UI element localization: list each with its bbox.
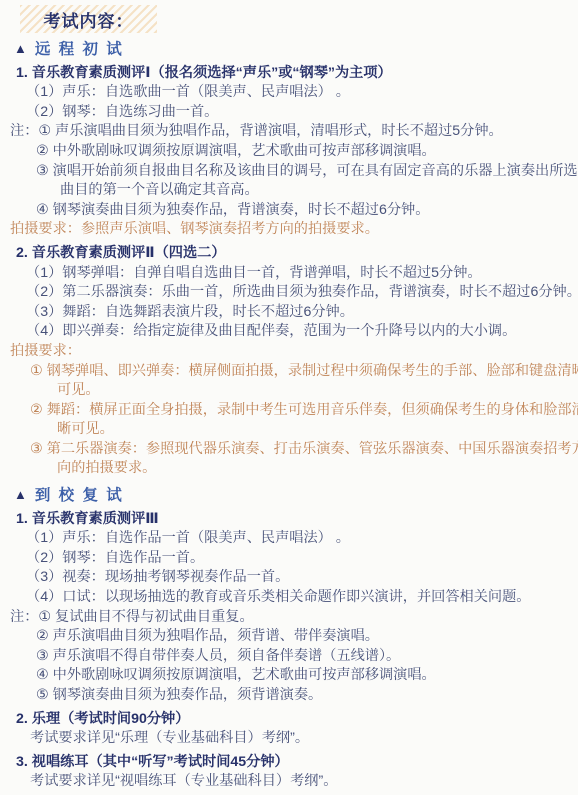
note-item: ② 声乐演唱曲目须为独唱作品，须背谱、带伴奏演唱。 [0,627,578,647]
shooting-requirement-wrap: 向的拍摄要求。 [0,459,578,479]
triangle-icon: ▲ [14,485,27,505]
exam-content-page: 考试内容： ▲远 程 初 试1. 音乐教育素质测评Ⅰ（报名须选择“声乐”或“钢琴… [0,0,578,795]
item-heading: 2. 乐理（考试时间90分钟） [0,710,578,730]
note-item: ③ 声乐演唱不得自带伴奏人员，须自备伴奏谱（五线谱）。 [0,647,578,667]
page-title: 考试内容： [44,7,134,32]
section-title: 到 校 复 试 [35,487,124,504]
item-heading: 1. 音乐教育素质测评Ⅲ [0,510,578,530]
shooting-requirement-label: 拍摄要求：参照声乐演唱、钢琴演奏招考方向的拍摄要求。 [0,220,578,240]
shooting-requirement-wrap: 可见。 [0,381,578,401]
sub-item: （1）声乐：自选作品一首（限美声、民声唱法） 。 [0,529,578,549]
note-wrap-line: 曲目的第一个音以确定其音高。 [0,181,578,201]
note-item: ③ 演唱开始前须自报曲目名称及该曲目的调号，可在具有固定音高的乐器上演奏出所选 [0,162,578,182]
item-heading: 1. 音乐教育素质测评Ⅰ（报名须选择“声乐”或“钢琴”为主项） [0,64,578,84]
note-item: ④ 中外歌剧咏叹调须按原调演唱，艺术歌曲可按声部移调演唱。 [0,666,578,686]
sub-item: （1）声乐：自选歌曲一首（限美声、民声唱法） 。 [0,83,578,103]
sub-item: （2）钢琴：自选作品一首。 [0,549,578,569]
sub-item: （3）视奏：现场抽考钢琴视奏作品一首。 [0,568,578,588]
header-badge: 考试内容： [20,5,157,33]
shooting-requirement-label: 拍摄要求： [0,342,578,362]
detail-line: 考试要求详见“乐理（专业基础科目）考纲”。 [0,729,578,749]
content: ▲远 程 初 试1. 音乐教育素质测评Ⅰ（报名须选择“声乐”或“钢琴”为主项）（… [0,40,578,792]
sub-item: （2）钢琴：自选练习曲一首。 [0,103,578,123]
section-title: 远 程 初 试 [35,41,124,58]
section-heading: ▲远 程 初 试 [0,40,578,60]
sub-item: （4）口试：以现场抽选的教育或音乐类相关命题作即兴演讲，并回答相关问题。 [0,588,578,608]
item-heading: 2. 音乐教育素质测评Ⅱ（四选二） [0,244,578,264]
note-item: ⑤ 钢琴演奏曲目须为独奏作品，须背谱演奏。 [0,686,578,706]
sub-item: （4）即兴弹奏：给指定旋律及曲目配伴奏，范围为一个升降号以内的大小调。 [0,322,578,342]
detail-line: 考试要求详见“视唱练耳（专业基础科目）考纲”。 [0,772,578,792]
note-item: 注：① 声乐演唱曲目须为独唱作品，背谱演唱，清唱形式，时长不超过5分钟。 [0,122,578,142]
triangle-icon: ▲ [14,39,27,59]
shooting-requirement-item: ① 钢琴弹唱、即兴弹奏：横屏侧面拍摄，录制过程中须确保考生的手部、脸部和键盘清晰 [0,362,578,382]
shooting-requirement-item: ③ 第二乐器演奏：参照现代器乐演奏、打击乐演奏、管弦乐器演奏、中国乐器演奏招考方 [0,440,578,460]
sub-item: （1）钢琴弹唱：自弹自唱自选曲目一首，背谱弹唱，时长不超过5分钟。 [0,264,578,284]
item-heading: 3. 视唱练耳（其中“听写”考试时间45分钟） [0,753,578,773]
shooting-requirement-item: ② 舞蹈：横屏正面全身拍摄，录制中考生可选用音乐伴奏，但须确保考生的身体和脸部清 [0,401,578,421]
sub-item: （3）舞蹈：自选舞蹈表演片段，时长不超过6分钟。 [0,303,578,323]
note-item: ② 中外歌剧咏叹调须按原调演唱，艺术歌曲可按声部移调演唱。 [0,142,578,162]
note-item: 注：① 复试曲目不得与初试曲目重复。 [0,608,578,628]
section-heading: ▲到 校 复 试 [0,486,578,506]
sub-item: （2）第二乐器演奏：乐曲一首，所选曲目须为独奏作品，背谱演奏，时长不超过6分钟。 [0,283,578,303]
note-item: ④ 钢琴演奏曲目须为独奏作品，背谱演奏，时长不超过6分钟。 [0,201,578,221]
shooting-requirement-wrap: 晰可见。 [0,420,578,440]
